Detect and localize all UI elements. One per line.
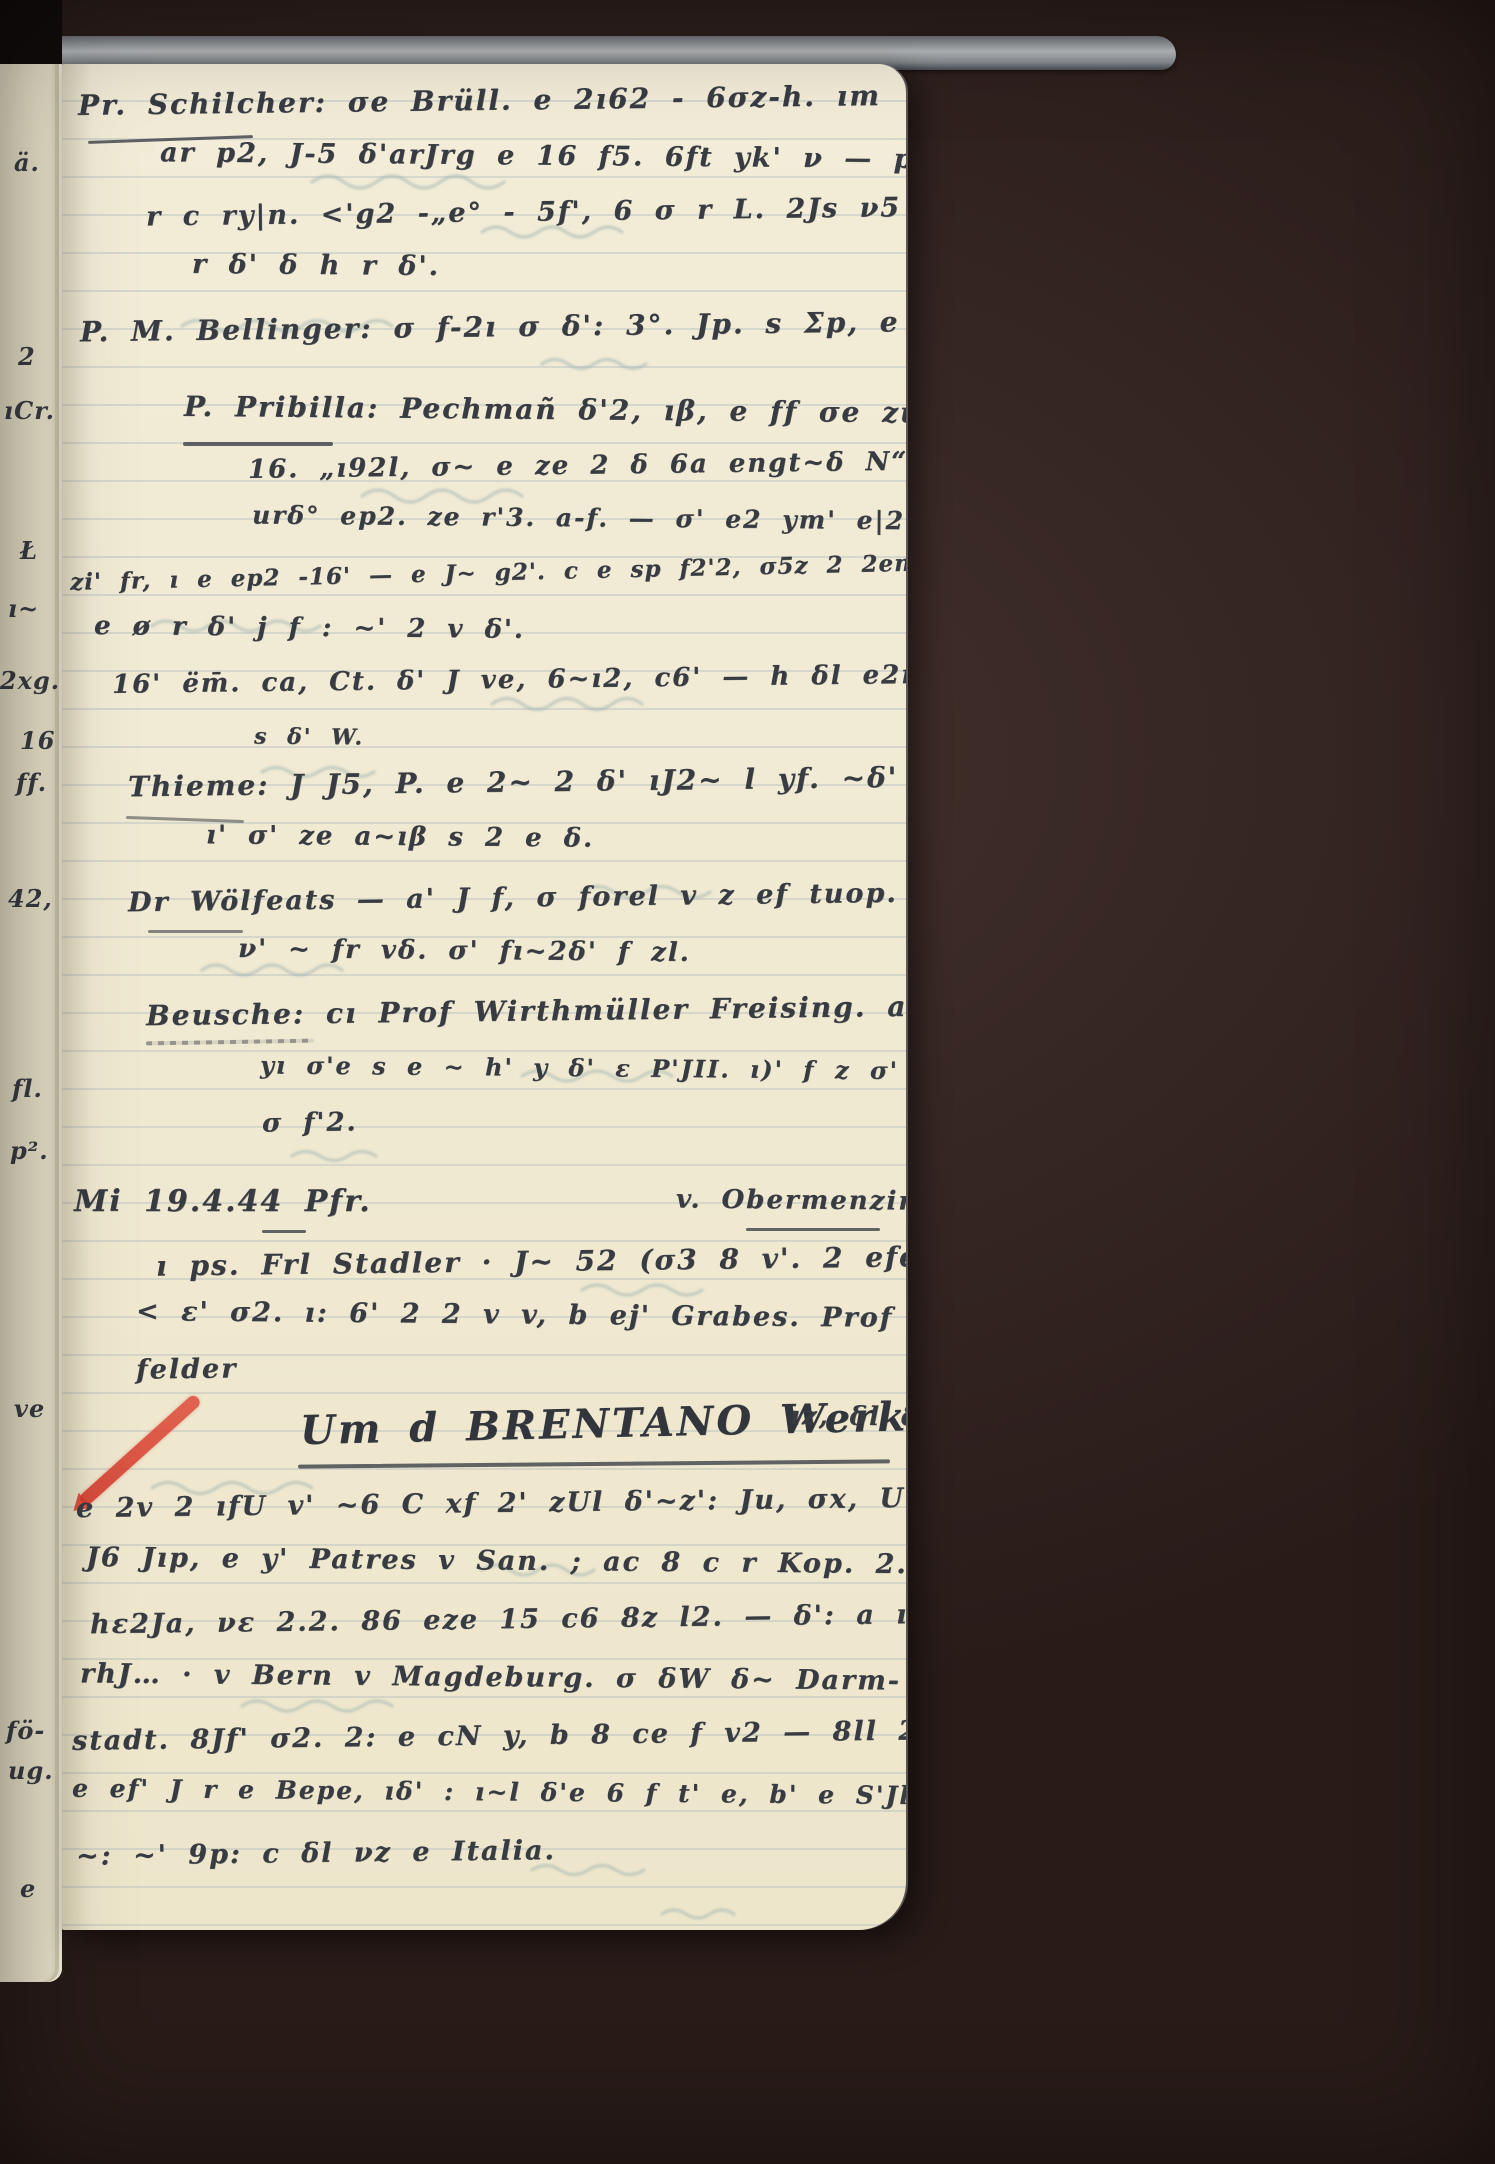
handwritten-line: hε2Ja, νε 2.2. 86 eze 15 c6 8z l2. — δ':… [90, 1599, 906, 1641]
handwritten-line: r c ry|n. <'g2 -„e° - 5f', 6 σ r L. 2Js … [146, 191, 906, 233]
handwritten-line: Pr. Schilcher: σe Brüll. e 2ı62 - 6σz-h.… [78, 79, 881, 122]
handwritten-line: 16' ëm̄. ca, Ct. δ' J ve, 6~ı2, c6' — h … [112, 658, 906, 700]
handwritten-line: zi' fr, ı e ep2 -16' — e J~ g2'. c e sp … [70, 549, 906, 596]
underline-mark [298, 1459, 890, 1468]
red-pencil-mark [78, 1393, 203, 1507]
handwritten-line: Beusche: cı Prof Wirthmüller Freising. a… [146, 989, 906, 1032]
page-edge-fragment: ug. [8, 1756, 54, 1785]
handwritten-line: s δ' W. [254, 724, 364, 751]
page-edge-fragment: 42, [8, 884, 53, 913]
underline-mark [146, 1039, 314, 1046]
page-edge-fragment: ff. [16, 768, 47, 797]
handwritten-line: ar p2, J-5 δ'arJrg e 16 f5. 6ft yk' ν — … [160, 137, 906, 175]
notebook-page: Pr. Schilcher: σe Brüll. e 2ı62 - 6σz-h.… [62, 64, 906, 1930]
page-edge-fragment: 2 [18, 342, 36, 371]
handwritten-line: e ø r δ' j f : ~' 2 v δ'. [94, 611, 525, 645]
handwritten-line: v. Obermenzing: eδ, [676, 1184, 906, 1217]
scanned-notebook-photo: ä. 2 ıCr. Ł ı~ 2xg. 16 ff. 42, fl. p². v… [0, 0, 1495, 2164]
handwritten-line: rhJ… · v Bern v Magdeburg. σ δW δ~ Darm- [80, 1658, 901, 1696]
handwritten-line: P. M. Bellinger: σ f-2ı σ δ': 3°. Jp. s … [80, 305, 906, 349]
underline-mark [746, 1228, 880, 1231]
page-edge-fragment: fö- [6, 1716, 45, 1745]
handwritten-line: < ε' σ2. ı: 6' 2 2 v v, b ej' Grabes. Pr… [136, 1296, 906, 1335]
page-edge-fragment: p². [10, 1136, 49, 1165]
handwritten-line: e 2v 2 ıfU v' ~6 C xf 2' zUl δ'~z': Ju, … [76, 1483, 906, 1524]
handwritten-line: ν' ~ fr vδ. σ' fı~2δ' f zl. [238, 934, 691, 968]
page-edge-fragment: ı~ [8, 594, 39, 623]
page-edge-fragment: ä. [14, 148, 40, 177]
underline-mark [148, 930, 243, 933]
handwritten-line: Thieme: J J5, P. e 2~ 2 δ' ıJ2~ l yf. ~δ… [128, 758, 906, 804]
handwritten-line: ı ps. Frl Stadler · J~ 52 (σ3 8 v'. 2 ef… [156, 1238, 906, 1282]
handwritten-line: Dr Wölfeats — a' J f, σ forel v z ef tuo… [128, 877, 906, 919]
page-edge-fragment: Ł [20, 536, 38, 565]
handwritten-line: stadt. 8Jf' σ2. 2: e cN y, b 8 ce f v2 —… [72, 1714, 906, 1757]
handwritten-line: ı' σ' ze a~ıβ s 2 e δ. [206, 820, 594, 853]
handwritten-line: ız, δl δu² [790, 1401, 906, 1432]
page-edge-fragment: 16 [20, 726, 55, 755]
handwritten-line: ~: ~' 9p: c δl νz e Italia. [76, 1835, 556, 1872]
page-edge-fragment: 2xg. [0, 666, 60, 695]
underline-mark [183, 442, 333, 446]
handwritten-line: P. Pribilla: Pechmañ δ'2, ıβ, e ff σe zu… [184, 390, 906, 431]
handwritten-line: 16. „ı92l, σ~ e ze 2 δ 6a engt~δ N“. eı … [248, 445, 906, 485]
handwritten-line: σ f'2. [262, 1107, 358, 1138]
handwritten-line: felder [136, 1353, 238, 1385]
page-edge-fragment: ve [14, 1394, 45, 1423]
handwritten-line: e ef' J r e Bepe, ıδ' : ı~l δ'e 6 f t' e… [72, 1774, 906, 1812]
previous-pages-edge: ä. 2 ıCr. Ł ı~ 2xg. 16 ff. 42, fl. p². v… [0, 64, 62, 1982]
page-edge-fragment: ıCr. [4, 396, 55, 425]
date-heading: Mi 19.4.44 Pfr. [74, 1184, 372, 1219]
handwritten-line: J6 Jıp, e y' Patres v San. ; ac 8 c r Ko… [86, 1542, 906, 1581]
handwritten-line: r δ' δ h r δ'. [192, 249, 440, 282]
handwritten-line: urδ° ep2. ze r'3. a-f. — σ' e2 ym' e|2. … [252, 500, 906, 536]
page-edge-fragment: e [20, 1874, 36, 1903]
handwritten-line: yı σ'e s e ~ h' y δ' ε P'JΙΙ. ı)' f z σ'… [260, 1050, 906, 1086]
underline-mark [262, 1230, 306, 1233]
page-edge-fragment: fl. [12, 1074, 43, 1103]
